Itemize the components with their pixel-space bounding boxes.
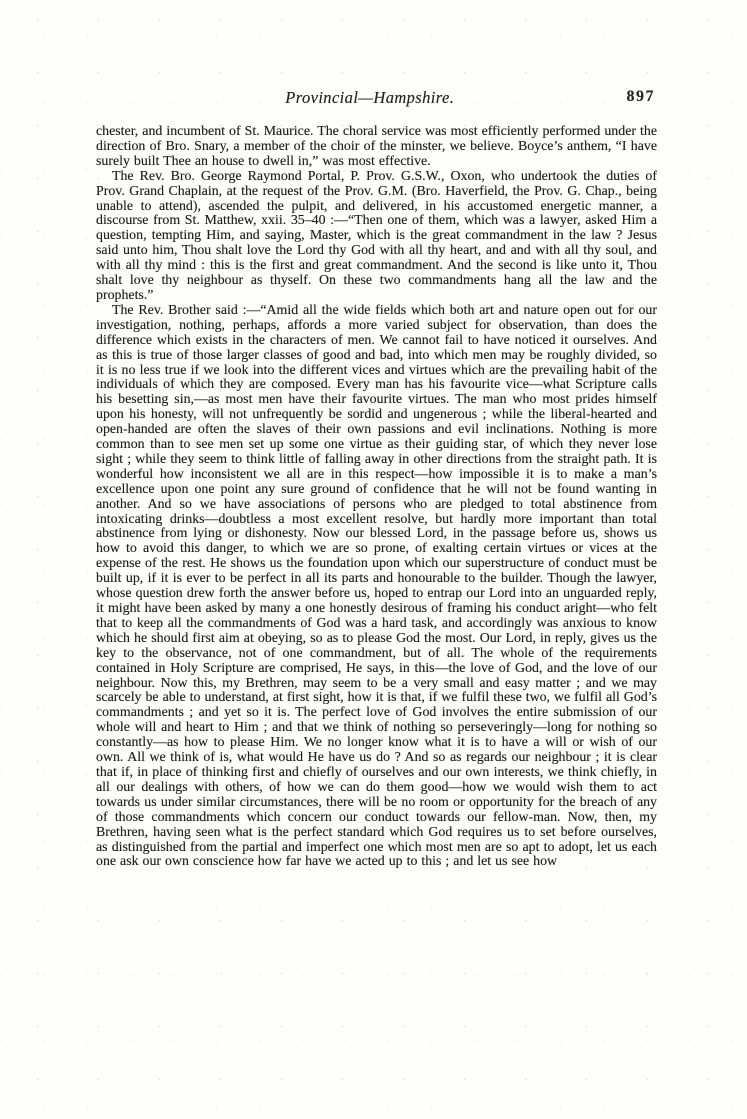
body-paragraph: chester, and incumbent of St. Maurice. T… xyxy=(96,125,657,170)
running-header-title: Provincial—Hampshire. xyxy=(285,88,454,108)
running-header: Provincial—Hampshire. 897 xyxy=(96,88,657,108)
scanned-page: Provincial—Hampshire. 897 chester, and i… xyxy=(0,0,747,1119)
body-paragraph: The Rev. Bro. George Raymond Portal, P. … xyxy=(96,170,657,304)
page-number: 897 xyxy=(627,88,656,106)
body-paragraph: The Rev. Brother said :—“Amid all the wi… xyxy=(96,304,657,870)
article-body: chester, and incumbent of St. Maurice. T… xyxy=(96,125,657,870)
text-block: Provincial—Hampshire. 897 chester, and i… xyxy=(96,88,657,870)
